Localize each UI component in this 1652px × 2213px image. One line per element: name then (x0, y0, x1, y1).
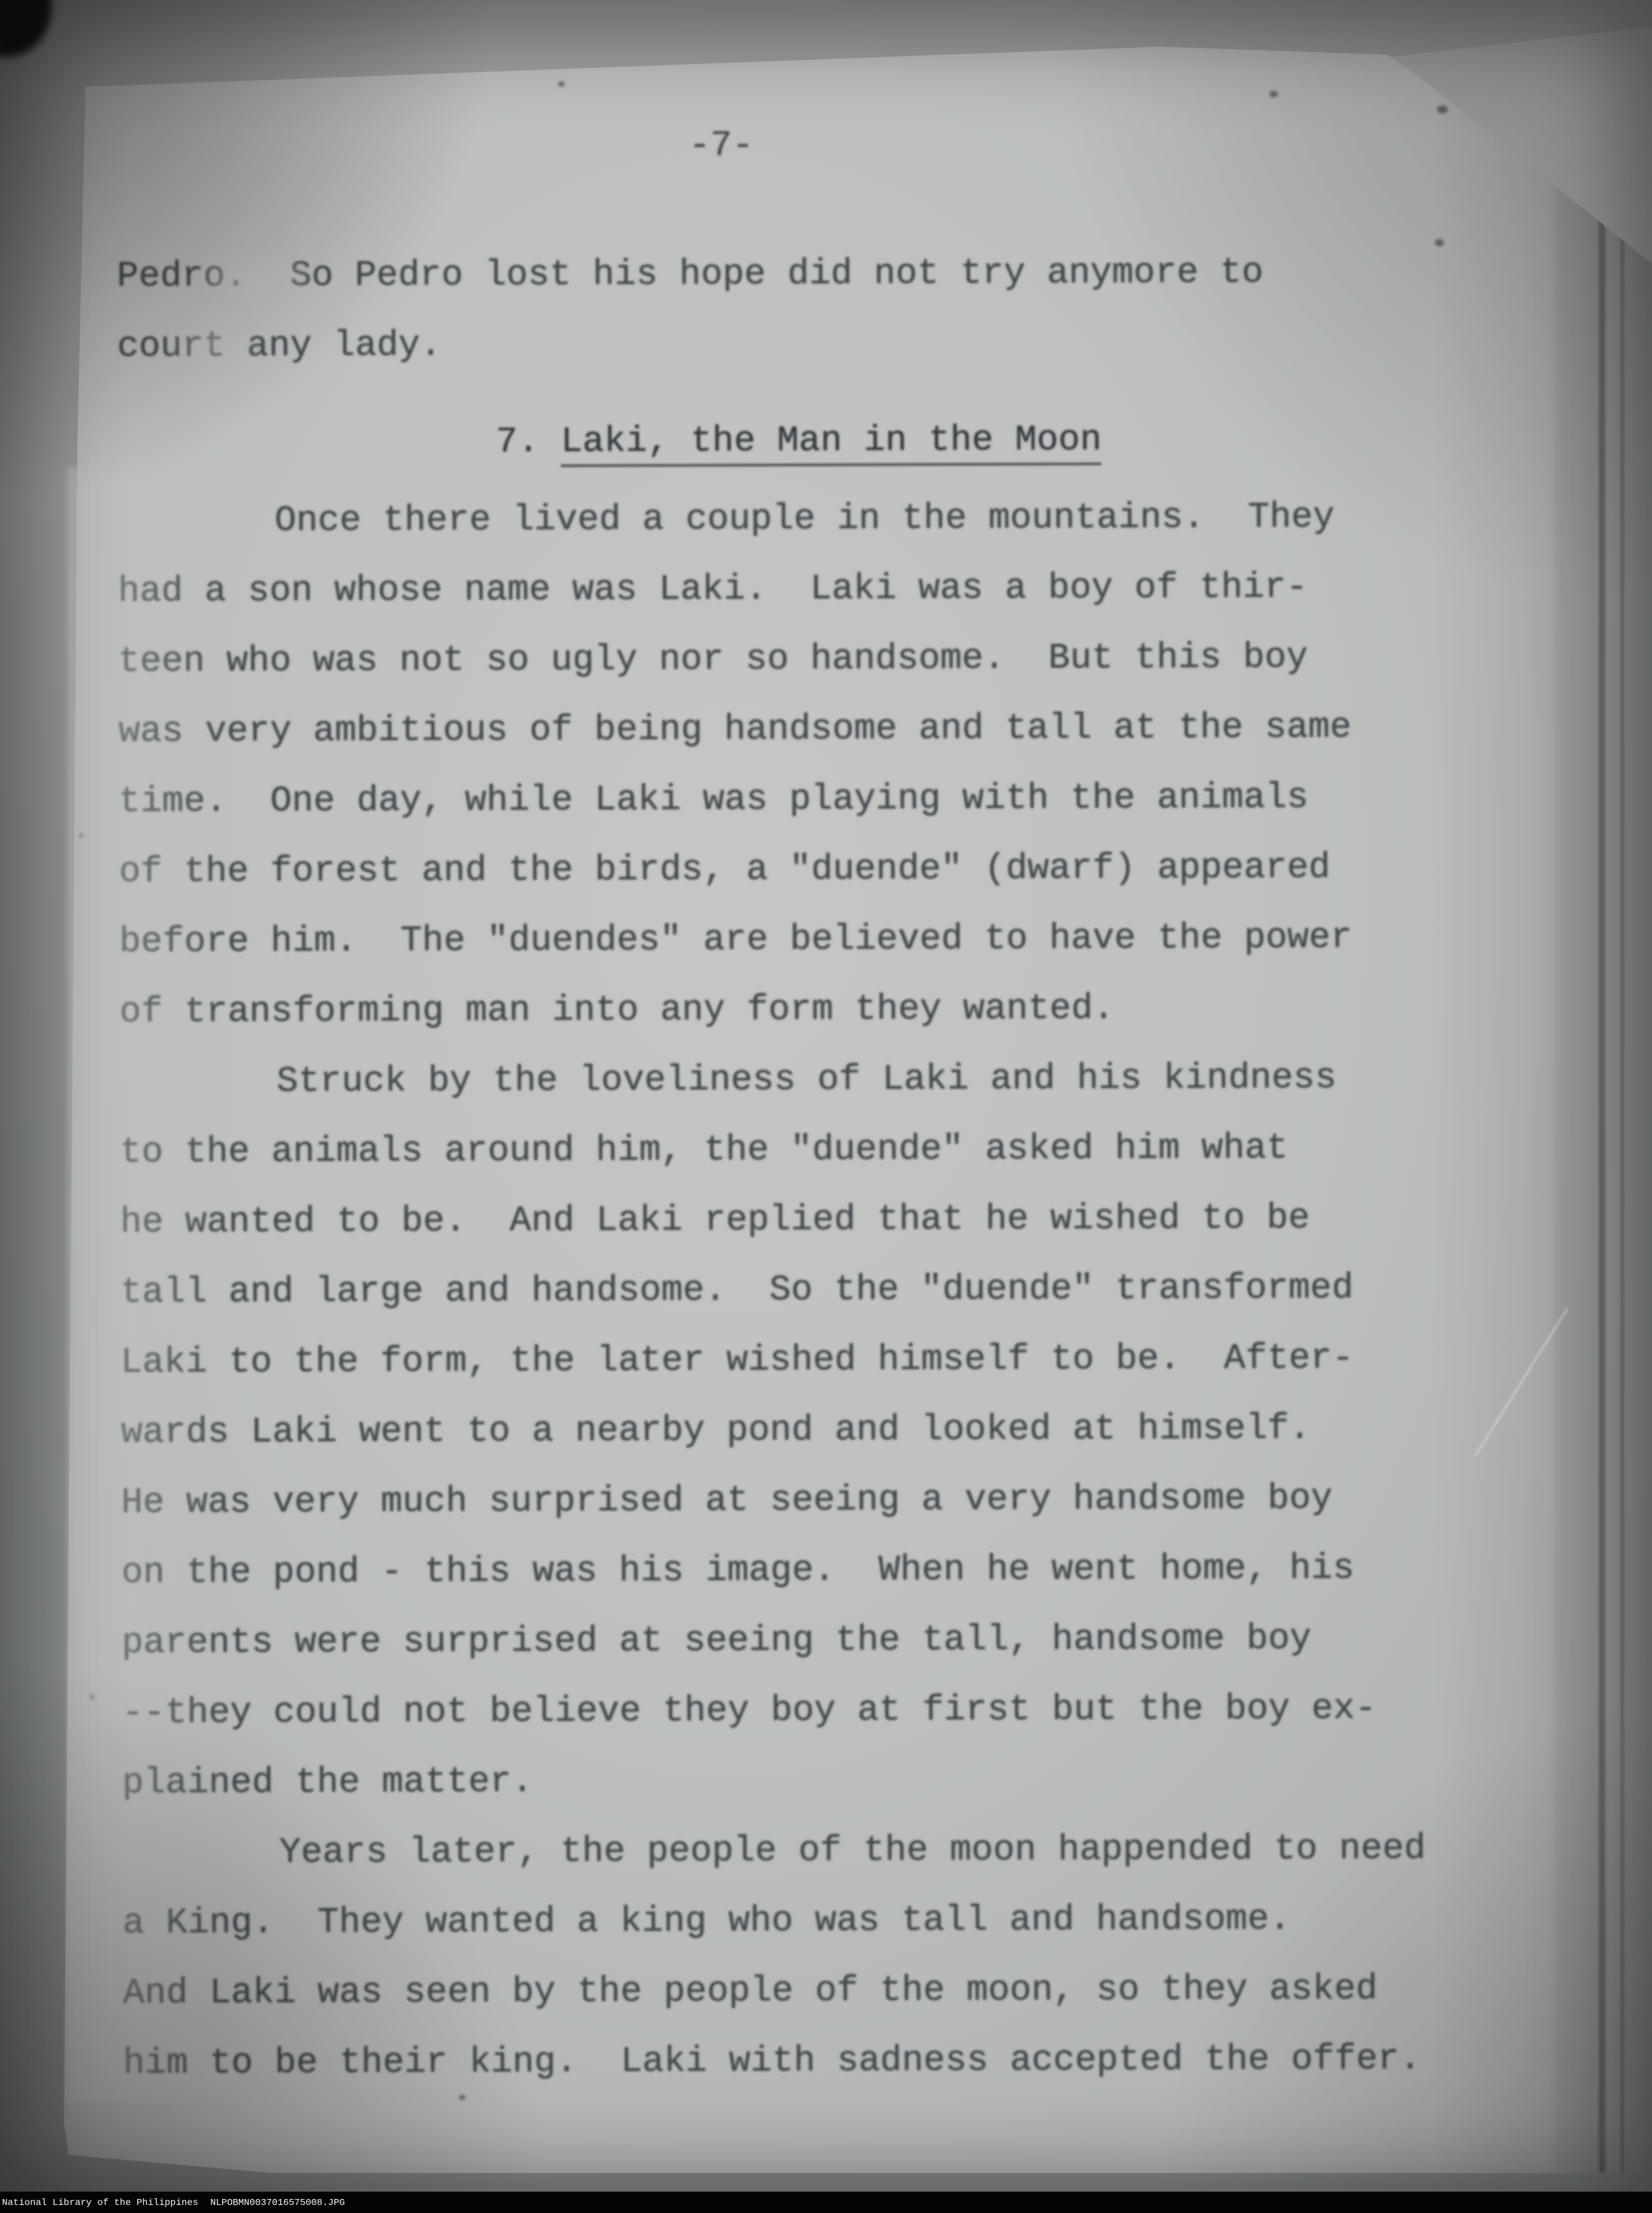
book-gutter-shading (1432, 40, 1652, 2173)
ink-speck (459, 2095, 465, 2100)
footer-bar: National Library of the Philippines NLPO… (0, 2192, 1652, 2213)
page-edge-line (1621, 40, 1624, 2173)
typed-line: him to be their king. Laki with sadness … (123, 2024, 1451, 2099)
typed-line: --they could not believe they boy at fir… (122, 1674, 1450, 1748)
faded-ink-patch (160, 312, 267, 376)
typed-line: He was very much surprised at seeing a v… (121, 1463, 1449, 1538)
typed-line: Laki to the form, the later wished himse… (121, 1323, 1449, 1398)
typed-line: to the animals around him, the "duende" … (120, 1113, 1448, 1188)
page-edge-line (1555, 40, 1597, 2173)
typed-line: court any lady. (117, 307, 1445, 382)
page-edge-line (1637, 40, 1639, 2173)
typed-line: parents were surprised at seeing the tal… (121, 1604, 1450, 1678)
typed-line: Struck by the loveliness of Laki and his… (119, 1043, 1448, 1118)
footer-library-label: National Library of the Philippines (2, 2198, 198, 2208)
heading-number: 7. (496, 422, 561, 463)
typed-line: plained the matter. (122, 1744, 1450, 1818)
typed-line: of the forest and the birds, a "duende" … (119, 832, 1447, 907)
typed-line: he wanted to be. And Laki replied that h… (120, 1183, 1448, 1258)
heading-title: Laki, the Man in the Moon (561, 420, 1101, 467)
typed-line: time. One day, while Laki was playing wi… (119, 762, 1447, 837)
section-heading: 7. Laki, the Man in the Moon (117, 404, 1446, 479)
ink-speck (1270, 91, 1278, 97)
ink-speck (1437, 105, 1448, 113)
typed-line: tall and large and handsome. So the "due… (120, 1253, 1448, 1328)
page-edge-line (1599, 40, 1605, 2173)
page-number: -7- (689, 128, 754, 164)
typed-line: on the pond - this was his image. When h… (121, 1533, 1450, 1608)
ink-speck (558, 81, 565, 87)
scan-corner-blotch (0, 0, 51, 57)
footer-filename: NLPOBMN0037016575008.JPG (210, 2198, 345, 2208)
typed-line: was very ambitious of being handsome and… (118, 692, 1446, 767)
typed-line: teen who was not so ugly nor so handsome… (118, 622, 1446, 697)
typed-text-block: Pedro. So Pedro lost his hope did not tr… (117, 237, 1452, 2099)
scanned-document-page: -7- Pedro. So Pedro lost his hope did no… (0, 0, 1652, 2213)
typed-line: Years later, the people of the moon happ… (122, 1814, 1450, 1889)
typed-line: a King. They wanted a king who was tall … (123, 1884, 1451, 1959)
faded-ink-region (67, 467, 234, 2103)
typed-line: Once there lived a couple in the mountai… (117, 482, 1446, 557)
typed-line: wards Laki went to a nearby pond and loo… (121, 1393, 1449, 1468)
typed-line: had a son whose name was Laki. Laki was … (118, 552, 1446, 627)
typed-line: And Laki was seen by the people of the m… (123, 1954, 1451, 2029)
ink-speck (1435, 239, 1444, 246)
typed-line: of transforming man into any form they w… (119, 973, 1448, 1047)
faded-ink-patch (187, 246, 320, 309)
typed-line: before him. The "duendes" are believed t… (119, 903, 1447, 977)
